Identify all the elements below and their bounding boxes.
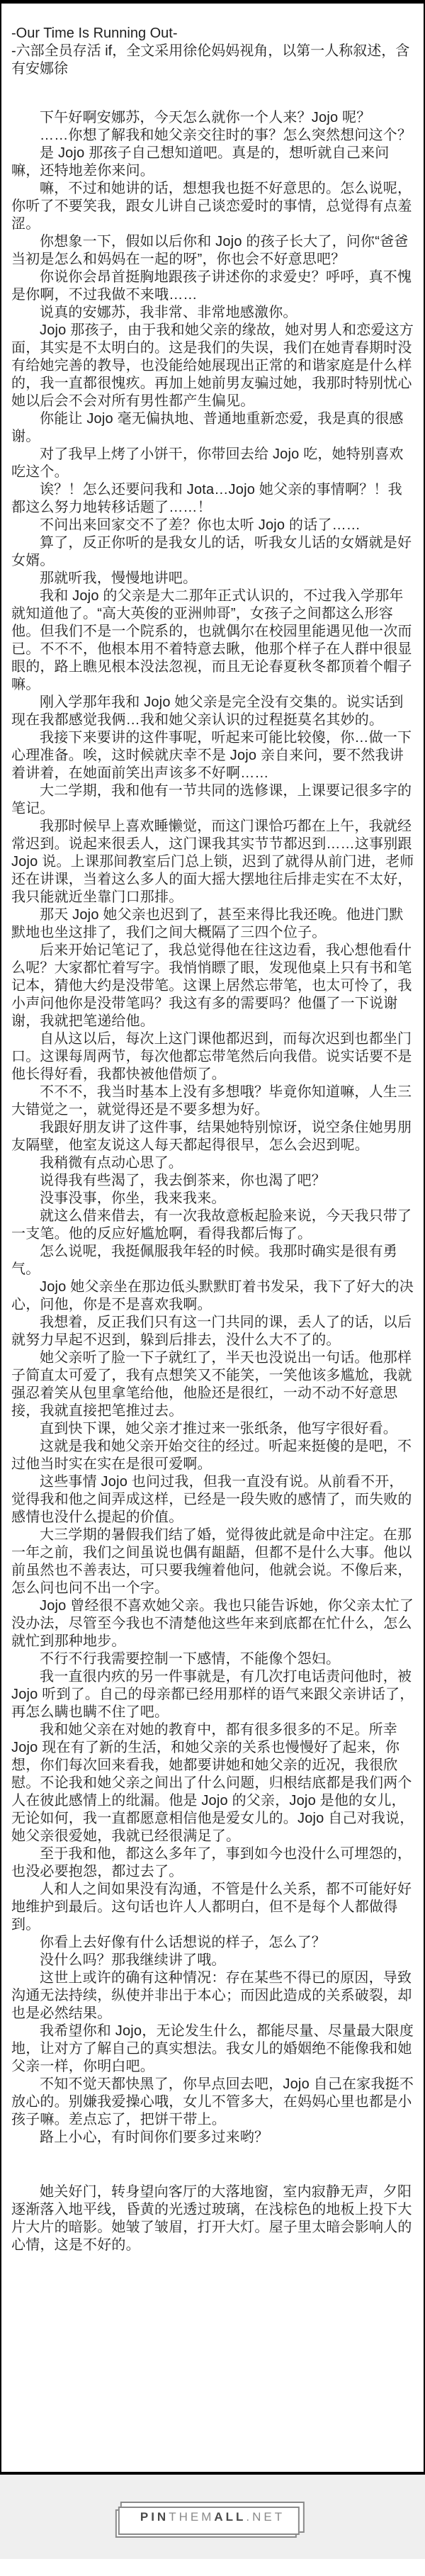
story-paragraph: 我稍微有点动心思了。 xyxy=(11,1154,415,1172)
story-paragraph: 这些事情 Jojo 也问过我，但我一直没有说。从前看不开，觉得我和他之间弄成这样… xyxy=(11,1473,415,1526)
story-content: -Our Time Is Running Out- -六部全员存活 if，全文采… xyxy=(1,4,424,2472)
story-paragraph: 说真的安娜苏，我非常、非常地感激你。 xyxy=(11,304,415,322)
pinthemall-footer: PINTHEMALL.NET xyxy=(0,2472,425,2559)
logo-text-pin: PIN xyxy=(140,2510,169,2524)
story-paragraph: 你看上去好像有什么话想说的样子，怎么了？ xyxy=(11,1934,415,1952)
story-paragraph: 我接下来要讲的这件事呢，听起来可能比较傻，你…做一下心理准备。唉，这时候就庆幸不… xyxy=(11,729,415,782)
story-paragraph: 自从这以后，每次上这门课他都迟到，而每次迟到也都坐门口。这课每周两节，每次他都忘… xyxy=(11,1030,415,1084)
story-paragraph: 至于我和他，都这么多年了，事到如今也没什么可埋怨的，也没必要抱怨，都过去了。 xyxy=(11,1845,415,1881)
story-paragraph: 她父亲听了脸一下子就红了，半天也没说出一句话。他那样子简直太可爱了，我有点想笑又… xyxy=(11,1349,415,1420)
story-paragraph: 直到快下课，她父亲才推过来一张纸条，他写字很好看。 xyxy=(11,1420,415,1438)
story-subtitle-chinese: -六部全员存活 if，全文采用徐伦妈妈视角，以第一人称叙述，含有安娜徐 xyxy=(11,43,415,78)
story-paragraph: 不问出来回家交不了差？你也太听 Jojo 的话了…… xyxy=(11,517,415,534)
story-paragraph: 我一直很内疚的另一件事就是，有几次打电话责问他时，被 Jojo 听到了。自己的母… xyxy=(11,1668,415,1721)
story-paragraph: 就这么借来借去，有一次我故意板起脸来说，今天我只带了一支笔。他的反应好尴尬啊，看… xyxy=(11,1208,415,1243)
story-paragraph: 大三学期的暑假我们结了婚，觉得彼此就是命中注定。在那一年之前，我们之间虽说也偶有… xyxy=(11,1526,415,1597)
story-epilogue: 她关好门，转身望向客厅的大落地窗，室内寂静无声，夕阳逐渐落入地平线，昏黄的光透过… xyxy=(11,2183,415,2254)
story-paragraph: 这就是我和她父亲开始交往的经过。听起来挺傻的是吧，不过他当时实在实在是很可爱啊。 xyxy=(11,1438,415,1473)
logo-text-net: .NET xyxy=(246,2510,285,2524)
story-paragraph: 我希望你和 Jojo，无论发生什么，都能尽量、尽量最大限度地，让对方了解自己的真… xyxy=(11,2023,415,2076)
story-body: 下午好啊安娜苏，今天怎么就你一个人来？Jojo 呢？……你想了解我和她父亲交往时… xyxy=(11,109,415,2147)
story-paragraph: Jojo 曾经很不喜欢她父亲。我也只能告诉她，你父亲太忙了没办法，尽管至今我也不… xyxy=(11,1597,415,1650)
story-paragraph: 是 Jojo 那孩子自己想知道吧。真是的，想听就自己来问嘛，还特地差你来问。 xyxy=(11,145,415,180)
story-paragraph: 说得我有些渴了，我去倒茶来，你也渴了吧？ xyxy=(11,1172,415,1190)
story-paragraph: 刚入学那年我和 Jojo 她父亲是完全没有交集的。说实话到现在我都感觉我俩…我和… xyxy=(11,694,415,729)
story-paragraph: 下午好啊安娜苏，今天怎么就你一个人来？Jojo 呢？ xyxy=(11,109,415,127)
story-paragraph: 不不不，我当时基本上没有多想哦？毕竟你知道嘛，人生三大错觉之一，就觉得还是不要多… xyxy=(11,1084,415,1119)
story-paragraph: ……你想了解我和她父亲交往时的事？怎么突然想问这个？ xyxy=(11,127,415,145)
story-paragraph: 你能让 Jojo 毫无偏执地、普通地重新恋爱，我是真的很感谢。 xyxy=(11,410,415,446)
story-paragraph: 我想着，反正我们只有这一门共同的课，丢人了的话，以后就努力早起不迟到，躲到后排去… xyxy=(11,1314,415,1349)
story-paragraph: 怎么说呢，我挺佩服我年轻的时候。我那时确实是很有勇气。 xyxy=(11,1243,415,1278)
story-paragraph: 没事没事，你坐，我来我来。 xyxy=(11,1190,415,1208)
story-paragraph: 大二学期，我和他有一节共同的选修课，上课要记很多字的笔记。 xyxy=(11,782,415,818)
story-paragraph: 后来开始记笔记了，我总觉得他在往这边看，我心想他看什么呢？大家都忙着写字。我悄悄… xyxy=(11,942,415,1030)
story-paragraph: 人和人之间如果没有沟通，不管是什么关系，都不可能好好地维护到最后。这句话也许人人… xyxy=(11,1881,415,1934)
story-paragraph: 那天 Jojo 她父亲也迟到了，甚至来得比我还晚。他进门默默地也坐这排了，我们之… xyxy=(11,906,415,942)
story-paragraph: 我和 Jojo 的父亲是大二那年正式认识的，不过我入学那年就知道他了。“高大英俊… xyxy=(11,587,415,694)
pinthemall-logo[interactable]: PINTHEMALL.NET xyxy=(120,2502,305,2533)
story-paragraph: 你说你会昂首挺胸地跟孩子讲述你的求爱史？呼呼，真不愧是你啊，不过我做不来哦…… xyxy=(11,269,415,304)
story-header: -Our Time Is Running Out- -六部全员存活 if，全文采… xyxy=(11,25,415,78)
story-paragraph: 那就听我，慢慢地讲吧。 xyxy=(11,570,415,587)
story-paragraph: 我跟好朋友讲了这件事，结果她特别惊讶，说空条住她男朋友隔壁，他室友说这人每天都起… xyxy=(11,1119,415,1154)
logo-text-them: THEM xyxy=(169,2510,214,2524)
story-paragraph: 诶？！怎么还要问我和 Jota…Jojo 她父亲的事情啊？！我都这么努力地转移话… xyxy=(11,481,415,517)
story-paragraph: 嘛，不过和她讲的话，想想我也挺不好意思的。怎么说呢，你听了不要笑我，跟女儿讲自己… xyxy=(11,180,415,233)
story-paragraph: 这世上或许的确有这种情况：存在某些不得已的原因，导致沟通无法持续，纵使并非出于本… xyxy=(11,1969,415,2023)
epilogue-paragraph: 她关好门，转身望向客厅的大落地窗，室内寂静无声，夕阳逐渐落入地平线，昏黄的光透过… xyxy=(11,2183,415,2254)
story-paragraph: 算了，反正你听的是我女儿的话，听我女儿话的女婿就是好女婿。 xyxy=(11,534,415,570)
story-paragraph: 你想象一下，假如以后你和 Jojo 的孩子长大了，问你“爸爸当初是怎么和妈妈在一… xyxy=(11,233,415,269)
logo-text-all: ALL xyxy=(214,2510,246,2524)
story-paragraph: 路上小心，有时间你们要多过来哟？ xyxy=(11,2129,415,2147)
story-paragraph: 没什么吗？那我继续讲了哦。 xyxy=(11,1952,415,1969)
story-paragraph: 对了我早上烤了小饼干，你带回去给 Jojo 吃，她特别喜欢吃这个。 xyxy=(11,446,415,481)
document-page: -Our Time Is Running Out- -六部全员存活 if，全文采… xyxy=(0,0,425,2472)
story-paragraph: 不行不行我需要控制一下感情，不能像个怨妇。 xyxy=(11,1650,415,1668)
story-paragraph: 我那时候早上喜欢睡懒觉，而这门课恰巧都在上午，我就经常迟到。说起来很丢人，这门课… xyxy=(11,818,415,906)
story-paragraph: 我和她父亲在对她的教育中，都有很多很多的不足。所幸 Jojo 现在有了新的生活，… xyxy=(11,1721,415,1845)
story-paragraph: 不知不觉天都快黑了，你早点回去吧，Jojo 自己在家我挺不放心的。别嫌我爱操心哦… xyxy=(11,2076,415,2129)
story-title-english: -Our Time Is Running Out- xyxy=(11,25,415,43)
story-paragraph: Jojo 那孩子，由于我和她父亲的缘故，她对男人和恋爱这方面，其实是不太明白的。… xyxy=(11,322,415,410)
story-paragraph: Jojo 她父亲坐在那边低头默默盯着书发呆，我下了好大的决心，问他，你是不是喜欢… xyxy=(11,1278,415,1314)
